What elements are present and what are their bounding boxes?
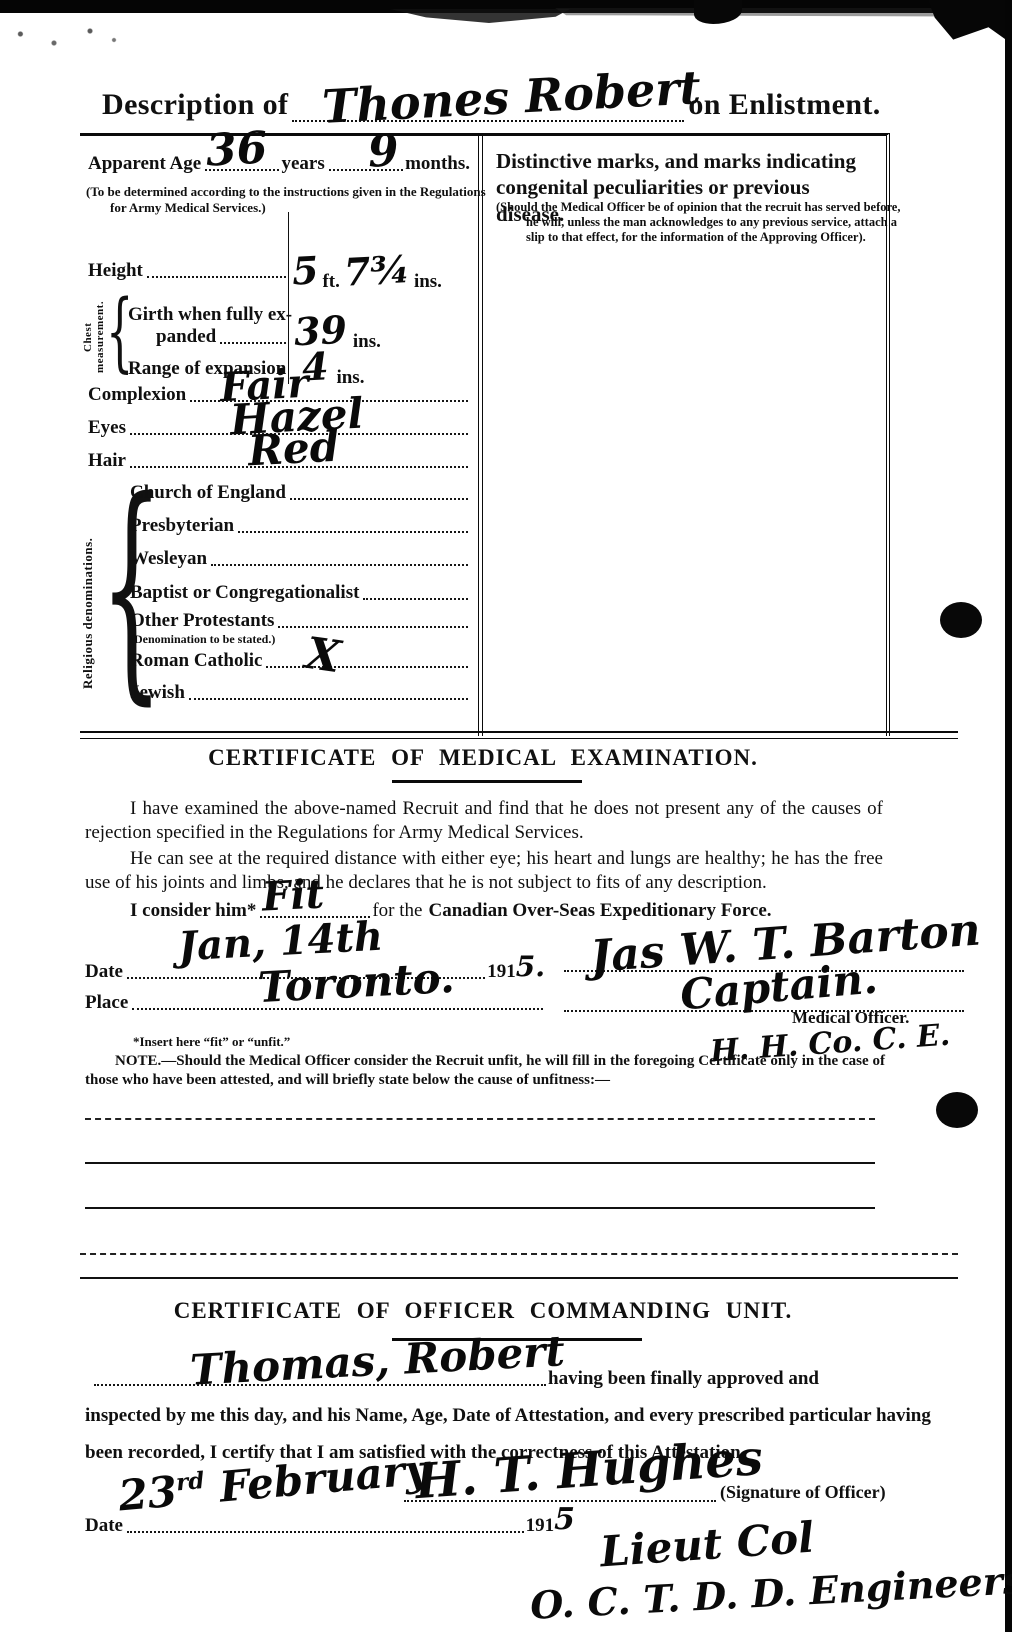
religion-other-protestants: Other Protestants [130,610,274,632]
religion-presbyterian: Presbyterian [130,515,234,537]
handwritten-place: Toronto. [257,953,456,1012]
consider-prefix: I consider him* [130,900,256,922]
hole-punch-icon [940,602,982,638]
section-rule [80,1253,958,1255]
field-height: Height [88,260,288,282]
section-rule [80,1277,958,1279]
signature-of-officer-label: (Signature of Officer) [720,1482,886,1503]
apparent-age-label: Apparent Age [88,153,201,175]
medical-note: NOTE.—Should the Medical Officer conside… [85,1052,885,1090]
field-girth: Girth when fully ex- panded [128,304,288,348]
handwritten-height-ft: 5 [291,247,320,293]
blank-line [85,1207,875,1209]
ins-label: ins. [414,271,442,293]
title-prefix: Description of [102,88,288,122]
height-value: 5 ft. 7¾ ins. [292,248,472,293]
consider-line: I consider him* for the Canadian Over-Se… [130,900,830,922]
dotted-leader [147,274,286,278]
scan-artifact-corner [928,0,1012,44]
blank-line [85,1118,875,1120]
year-printed: 191 [526,1515,555,1537]
religion-side-label: Religious denominations. [80,528,96,698]
year-printed: 191 [487,961,516,983]
girth-label-line1: Girth when fully ex- [128,304,288,326]
religion-row: Wesleyan [130,548,470,570]
religion-baptist-congregationalist: Baptist or Congregationalist [130,582,359,604]
dotted-leader [220,340,286,344]
handwritten-height-ins: 7¾ [343,246,411,294]
scan-edge-right [1005,0,1012,1632]
range-value: 4 ins. [302,344,364,389]
fit-footnote: *Insert here “fit” or “unfit.” [133,1034,290,1050]
scan-artifact-blob [694,0,742,24]
dotted-leader [189,696,468,700]
religion-row: Church of England [130,482,470,504]
handwritten-officer-rank: Lieut Col [599,1513,816,1577]
chest-side-label: Chest measurement. [82,294,106,380]
religion-jewish: Jewish [130,682,185,704]
girth-label-line2: panded [156,326,216,348]
religion-row: Baptist or Congregationalist [130,582,470,604]
hole-punch-icon [936,1092,978,1128]
handwritten-religion-mark: X [303,628,344,683]
dotted-leader [278,624,468,628]
handwritten-year-digit: 5. [516,950,545,983]
description-table: Apparent Age years months. 36 9 (To be d… [80,133,890,736]
officer-certificate-heading: CERTIFICATE OF OFFICER COMMANDING UNIT. [80,1298,886,1324]
title-suffix: on Enlistment. [688,88,880,122]
eyes-label: Eyes [88,417,126,439]
medical-certificate-heading: CERTIFICATE OF MEDICAL EXAMINATION. [80,745,886,771]
religion-church-of-england: Church of England [130,482,286,504]
date-day: 23 [116,1467,179,1521]
medical-paragraph-1: I have examined the above-named Recruit … [85,797,883,845]
scan-artifact-speckles [6,22,126,52]
medical-paragraph-2: He can see at the required distance with… [85,847,883,895]
religion-row: Other Protestants [130,610,470,632]
date-day-suffix: rd [175,1467,206,1496]
years-label: years [281,153,324,175]
heading-divider [392,780,582,783]
religion-wesleyan: Wesleyan [130,548,207,570]
religion-row: Roman Catholic [130,650,470,672]
field-apparent-age: Apparent Age years months. [88,153,470,175]
religion-roman-catholic: Roman Catholic [130,650,262,672]
dotted-leader [238,529,468,533]
form-title: Description of Thones Robert on Enlistme… [102,72,892,122]
religion-row: Presbyterian [130,515,470,537]
dotted-leader [211,562,468,566]
distinctive-marks-note: (Should the Medical Officer be of opinio… [496,200,902,245]
dotted-leader [127,1529,524,1533]
place-label: Place [85,992,128,1014]
height-label: Height [88,260,143,282]
attestation-form-page: Description of Thones Robert on Enlistme… [0,0,1012,1632]
handwritten-hair: Red [247,422,340,476]
handwritten-fit: Fit [261,870,325,920]
date-label: Date [85,1515,123,1537]
dotted-leader [290,496,468,500]
date-label: Date [85,961,123,983]
scan-artifact-smudge [390,9,570,23]
value-column-rule [288,212,289,384]
religion-other-note: (Denomination to be stated.) [130,632,275,646]
officer-para-line2: inspected by me this day, and his Name, … [85,1405,885,1427]
ft-label: ft. [322,271,339,293]
apparent-age-note: (To be determined according to the instr… [86,184,492,215]
blank-line [85,1162,875,1164]
months-label: months. [405,153,470,175]
dotted-leader [363,596,468,600]
handwritten-age-months: 9 [367,125,400,178]
section-divider [80,731,958,739]
complexion-label: Complexion [88,384,186,406]
consider-suffix-2: Canadian Over-Seas Expeditionary Force. [428,900,771,922]
handwritten-age-years: 36 [205,122,269,176]
handwritten-year-digit: 5 [554,1502,575,1537]
dotted-leader [266,664,468,668]
table-column-divider [478,136,483,736]
officer-para-line1: having been finally approved and [548,1368,819,1390]
handwritten-recruit-name: Thones Robert [321,60,702,134]
recruit-name-field: Thones Robert [292,72,684,122]
religion-row: Jewish [130,682,470,704]
